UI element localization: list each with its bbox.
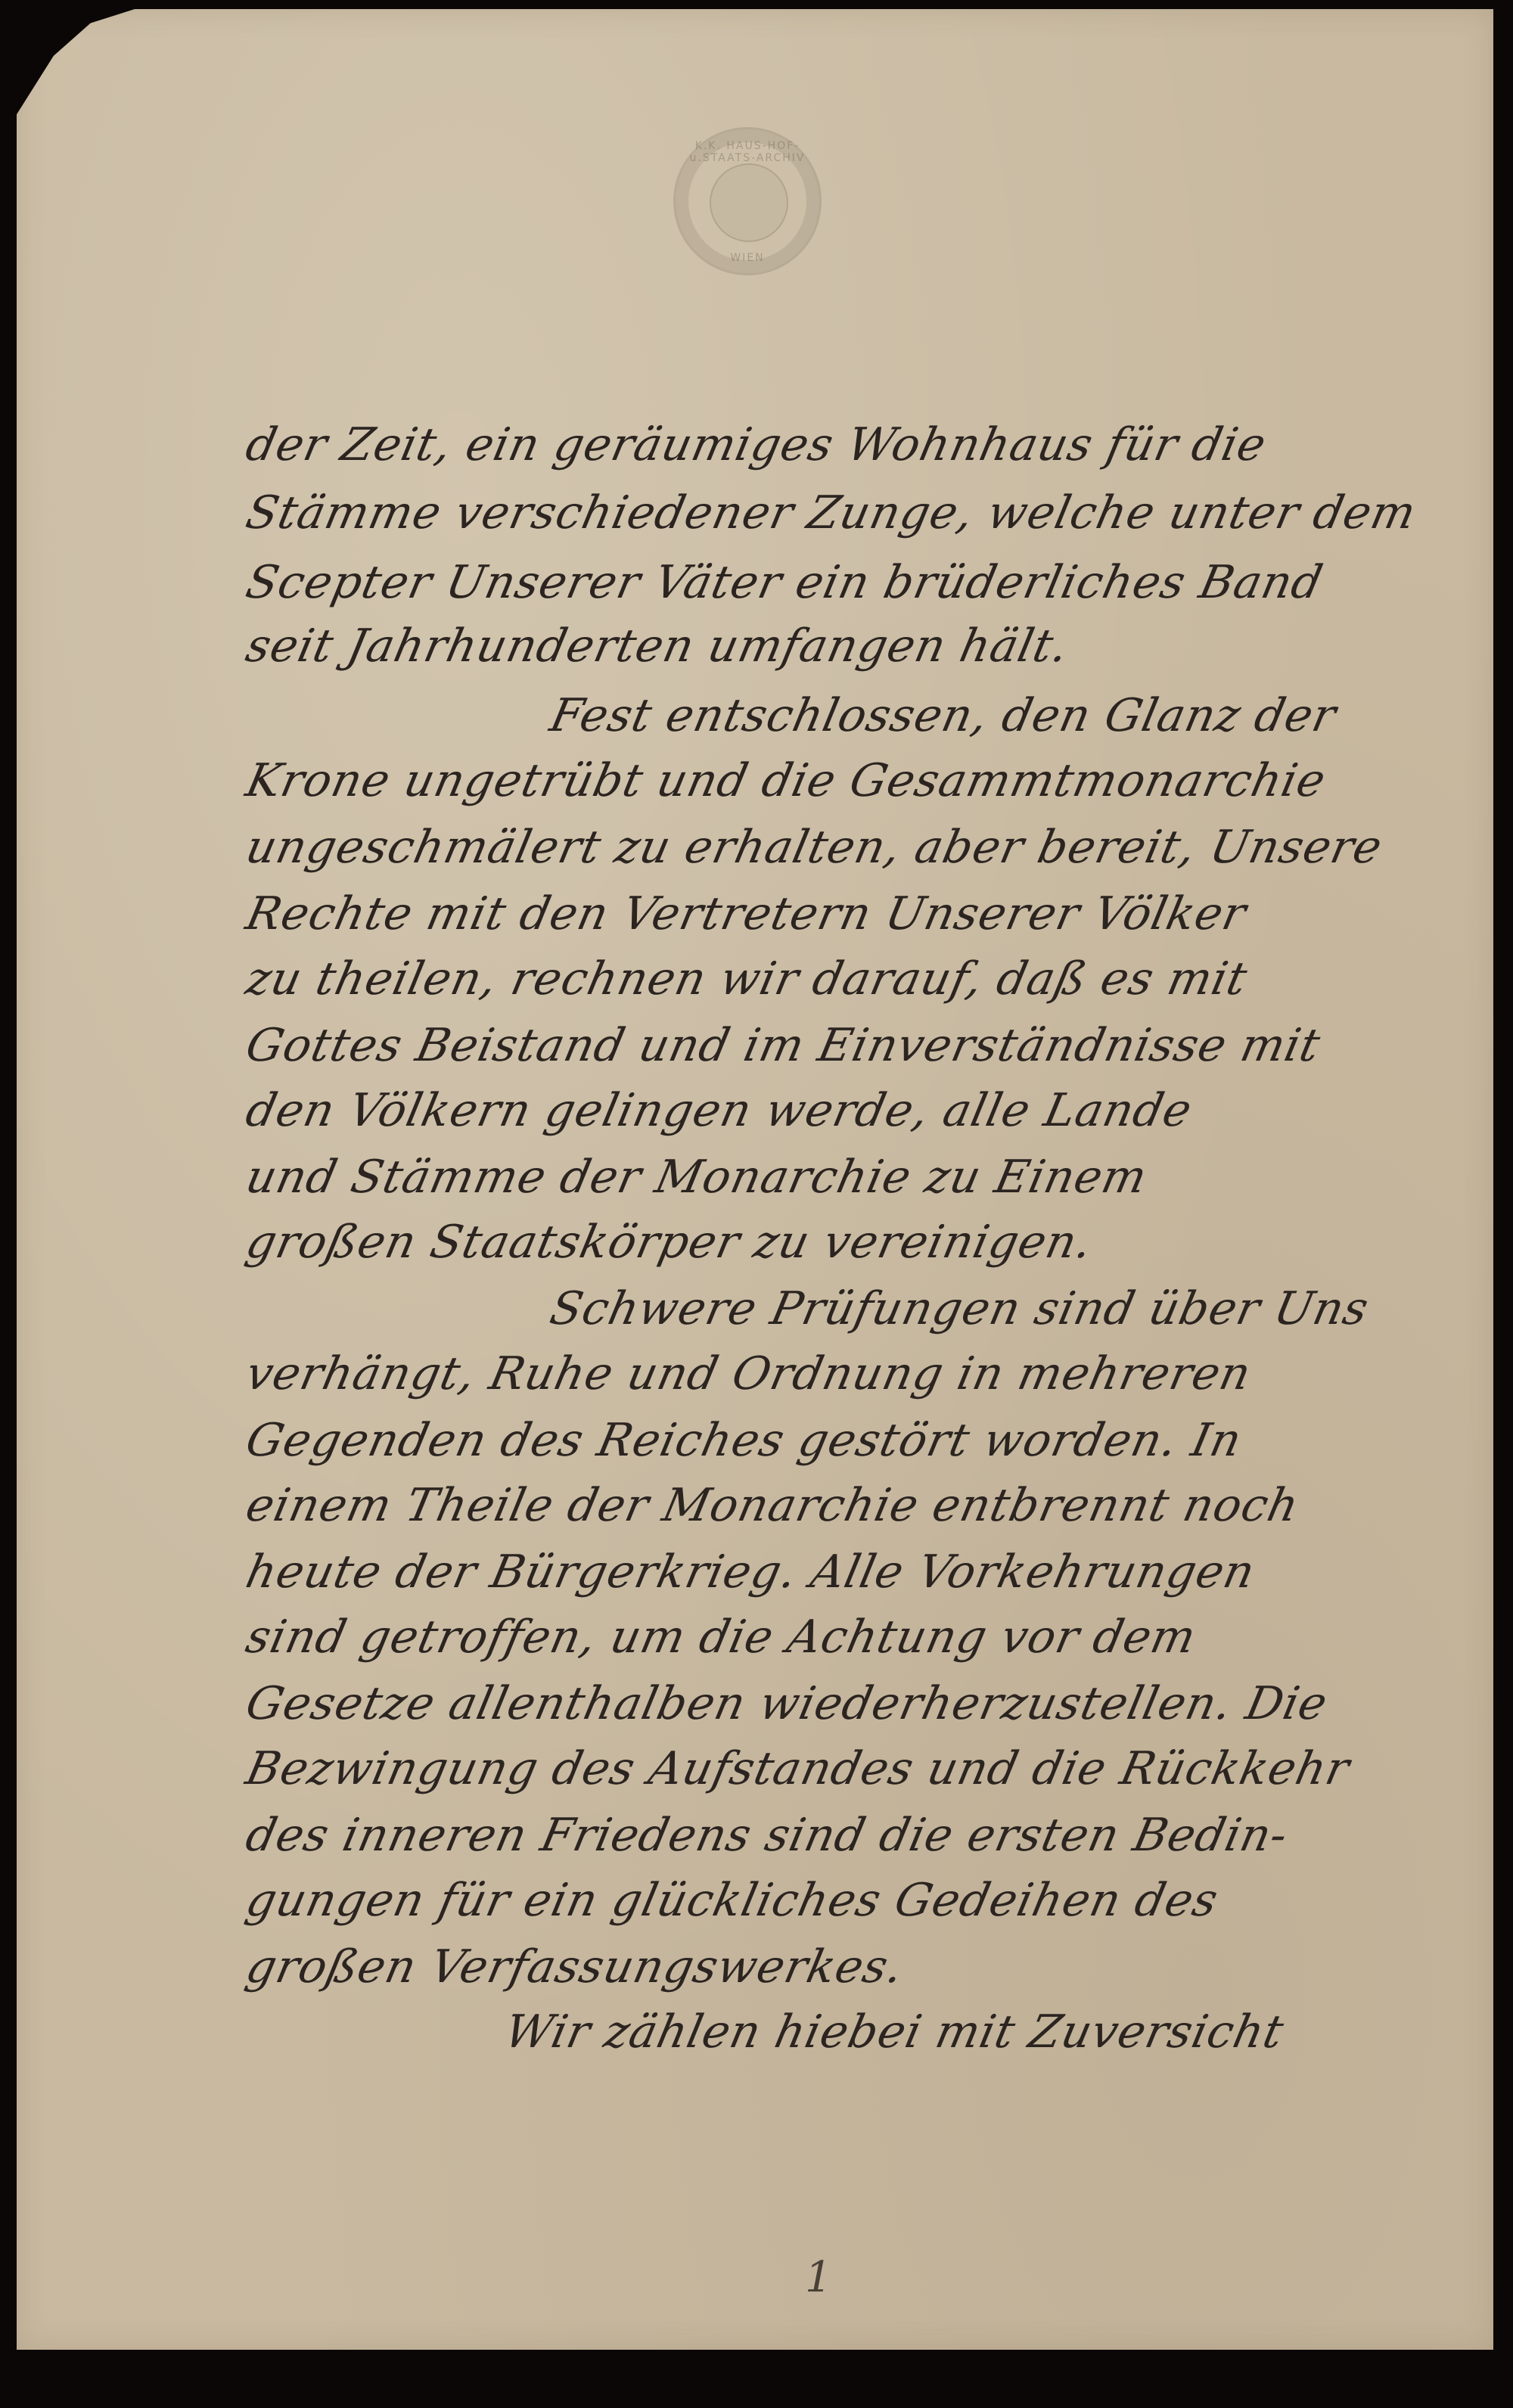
text-line: und Stämme der Monarchie zu Einem xyxy=(241,1147,1494,1207)
text-line: ungeschmälert zu erhalten, aber bereit, … xyxy=(241,817,1494,878)
page-number: 1 xyxy=(805,2253,832,2302)
text-line: Stämme verschiedener Zunge, welche unter… xyxy=(241,483,1494,543)
stamp-bottom-text: WIEN xyxy=(676,252,819,264)
text-line: Gottes Beistand und im Einverständnisse … xyxy=(241,1015,1494,1076)
text-line: den Völkern gelingen werde, alle Lande xyxy=(241,1080,1494,1141)
eagle-emblem-icon xyxy=(710,163,788,242)
text-line: Scepter Unserer Väter ein brüderliches B… xyxy=(241,552,1494,613)
text-line-indented: Fest entschlossen, den Glanz der xyxy=(545,685,1513,746)
archive-seal-stamp: K.K. HAUS-HOF-u.STAATS-ARCHIV WIEN xyxy=(673,127,822,275)
text-line: des inneren Friedens sind die ersten Bed… xyxy=(241,1805,1494,1866)
text-line: der Zeit, ein geräumiges Wohnhaus für di… xyxy=(241,415,1494,475)
text-line: zu theilen, rechnen wir darauf, daß es m… xyxy=(241,949,1494,1009)
text-line: einem Theile der Monarchie entbrennt noc… xyxy=(241,1475,1494,1536)
text-line-indented: Schwere Prüfungen sind über Uns xyxy=(545,1279,1513,1339)
text-line: Gesetze allenthalben wiederherzustellen.… xyxy=(241,1673,1494,1734)
text-line: großen Staatskörper zu vereinigen. xyxy=(241,1212,1494,1272)
text-line: heute der Bürgerkrieg. Alle Vorkehrungen xyxy=(241,1542,1494,1602)
text-line: gungen für ein glückliches Gedeihen des xyxy=(241,1870,1494,1931)
text-line: großen Verfassungswerkes. xyxy=(241,1937,1494,1997)
text-line: Gegenden des Reiches gestört worden. In xyxy=(241,1410,1494,1471)
text-line: Rechte mit den Vertretern Unserer Völker xyxy=(241,884,1494,944)
text-line: Krone ungetrübt und die Gesammtmonarchie xyxy=(241,750,1494,811)
stamp-top-text: K.K. HAUS-HOF-u.STAATS-ARCHIV xyxy=(676,140,819,164)
text-line: sind getroffen, um die Achtung vor dem xyxy=(241,1607,1494,1667)
text-line-indented: Wir zählen hiebei mit Zuversicht xyxy=(499,2002,1513,2062)
text-line: verhängt, Ruhe und Ordnung in mehreren xyxy=(241,1344,1494,1404)
text-line: seit Jahrhunderten umfangen hält. xyxy=(241,616,1494,676)
text-line: Bezwingung des Aufstandes und die Rückke… xyxy=(241,1738,1494,1799)
